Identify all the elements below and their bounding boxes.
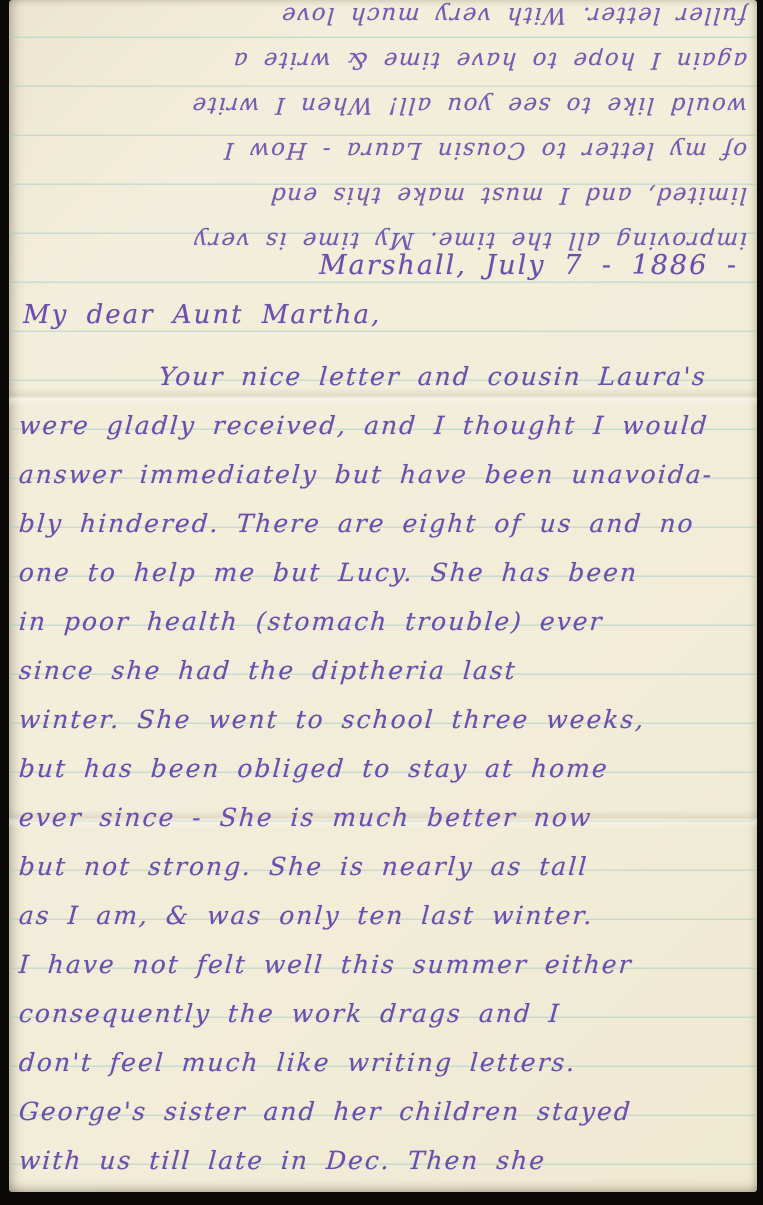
handwriting-line: of my letter to Cousin Laura - How I bbox=[13, 127, 748, 172]
handwriting-line: as I am, & was only ten last winter. bbox=[17, 891, 754, 940]
dateline: Marshall, July 7 - 1886 - bbox=[9, 246, 757, 286]
handwriting-line: fuller letter. With very much love bbox=[13, 0, 748, 37]
handwriting-line: answer immediately but have been unavoid… bbox=[17, 450, 754, 499]
handwriting-line: don't feel much like writing letters. bbox=[17, 1038, 754, 1087]
letter-paper: improving all the time. My time is very … bbox=[9, 0, 757, 1192]
handwriting-line: but not strong. She is nearly as tall bbox=[17, 842, 754, 891]
handwriting-line: but has been obliged to stay at home bbox=[17, 744, 754, 793]
handwriting-line: I have not felt well this summer either bbox=[17, 940, 754, 989]
handwriting-line: with us till late in Dec. Then she bbox=[17, 1136, 754, 1185]
handwriting-line: consequently the work drags and I bbox=[17, 989, 754, 1038]
handwriting-line: ever since - She is much better now bbox=[17, 793, 754, 842]
handwriting-line: in poor health (stomach trouble) ever bbox=[17, 597, 754, 646]
handwriting-line: since she had the diptheria last bbox=[17, 646, 754, 695]
inverted-continuation: improving all the time. My time is very … bbox=[15, 0, 747, 262]
handwriting-line: Your nice letter and cousin Laura's bbox=[17, 352, 754, 401]
handwriting-line: one to help me but Lucy. She has been bbox=[17, 548, 754, 597]
handwriting-line: George's sister and her children stayed bbox=[17, 1087, 754, 1136]
salutation: My dear Aunt Martha, bbox=[23, 295, 381, 335]
letter-body: Your nice letter and cousin Laura's were… bbox=[19, 352, 753, 1185]
handwriting-line: were gladly received, and I thought I wo… bbox=[17, 401, 754, 450]
handwriting-line: would like to see you all! When I write bbox=[13, 82, 748, 127]
handwriting-line: winter. She went to school three weeks, bbox=[17, 695, 754, 744]
scanned-letter-page: improving all the time. My time is very … bbox=[0, 0, 763, 1205]
handwriting-line: again I hope to have time & write a bbox=[13, 37, 748, 82]
handwriting-line: bly hindered. There are eight of us and … bbox=[17, 499, 754, 548]
handwriting-line: limited, and I must make this end bbox=[13, 172, 748, 217]
